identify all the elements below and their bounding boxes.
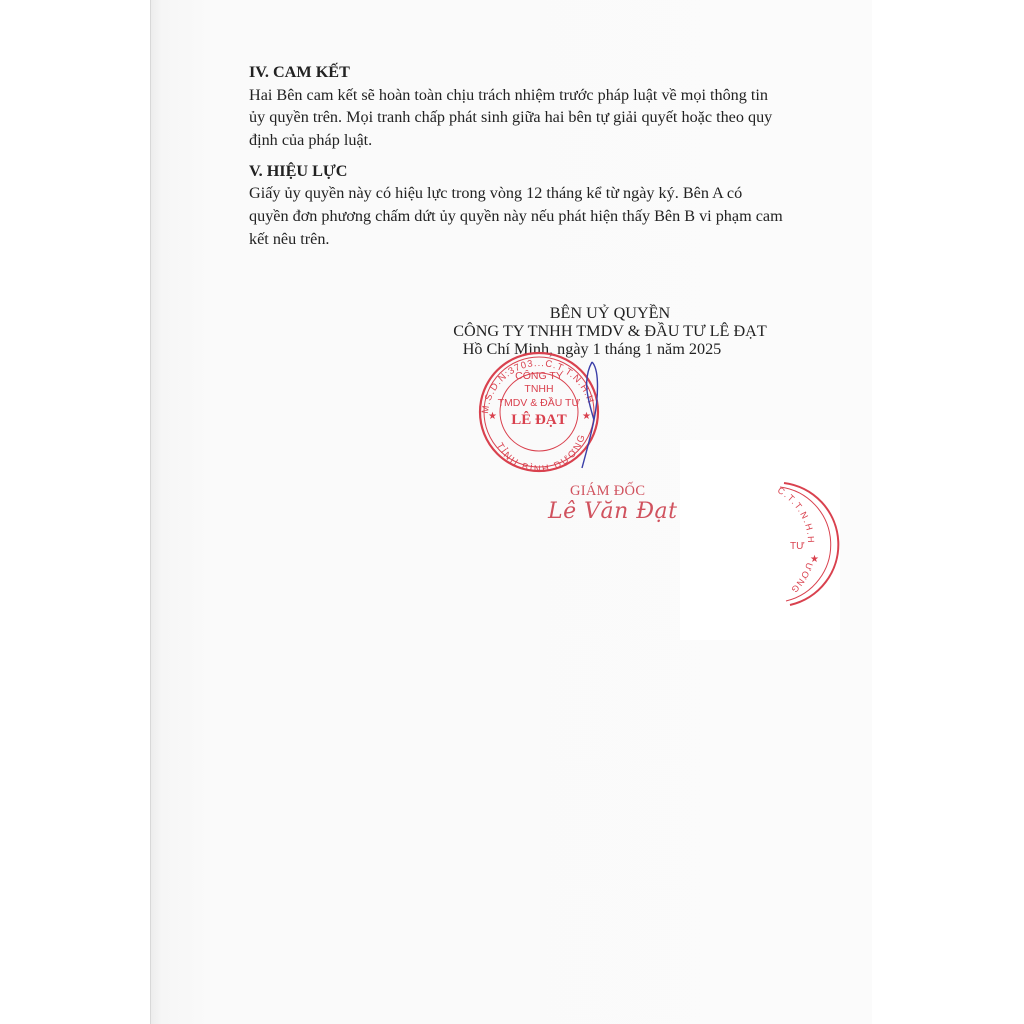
section-iv-line-3: định của pháp luật. bbox=[249, 129, 372, 152]
stamp-line-3: TMDV & ĐẦU TƯ bbox=[498, 396, 581, 409]
partial-stamp: C.T.T.N.H.H ƯƠNG ★ TƯ bbox=[760, 485, 830, 610]
stamp-line-1: CÔNG TY bbox=[515, 369, 563, 382]
section-v-line-2: quyền đơn phương chấm dứt ủy quyền này n… bbox=[249, 205, 783, 228]
stamp-name: LÊ ĐẠT bbox=[511, 411, 566, 428]
signer-role: GIÁM ĐỐC bbox=[570, 483, 645, 500]
section-iv-line-1: Hai Bên cam kết sẽ hoàn toàn chịu trách … bbox=[249, 84, 768, 107]
section-v-line-3: kết nêu trên. bbox=[249, 228, 329, 251]
svg-text:★: ★ bbox=[810, 554, 819, 565]
signer-name: Lê Văn Đạt bbox=[548, 499, 678, 524]
svg-text:TƯ: TƯ bbox=[790, 541, 805, 552]
svg-text:★: ★ bbox=[488, 411, 497, 422]
section-v-line-1: Giấy ủy quyền này có hiệu lực trong vòng… bbox=[249, 182, 742, 205]
svg-text:C.T.T.N.H.H: C.T.T.N.H.H bbox=[776, 485, 816, 544]
section-v-heading: V. HIỆU LỰC bbox=[249, 160, 348, 183]
pen-signature bbox=[570, 360, 610, 470]
svg-text:ƯƠNG: ƯƠNG bbox=[789, 561, 815, 595]
stamp-line-2: TNHH bbox=[524, 383, 553, 395]
section-iv-heading: IV. CAM KẾT bbox=[249, 61, 350, 84]
section-iv-line-2: ủy quyền trên. Mọi tranh chấp phát sinh … bbox=[249, 106, 772, 129]
